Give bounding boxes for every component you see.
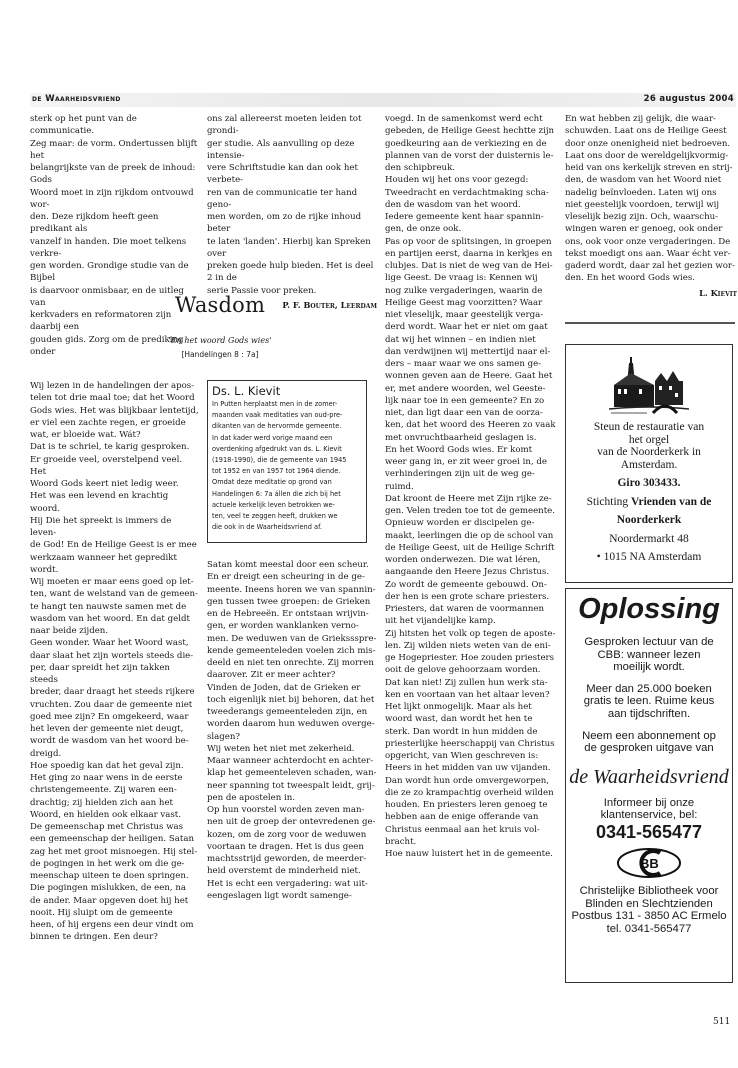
text-line: weer gang in, er zit weer groei in, de — [385, 456, 560, 468]
text-line: de ander. Maar opgeven doet hij het — [30, 895, 200, 907]
ad2-paragraph-2: Meer dan 25.000 boekengratis te leen. Ru… — [566, 683, 732, 721]
text-line: telen tot drie maal toe; dat het Woord — [30, 392, 200, 404]
text-line: hebben aan de enige offerande van — [385, 811, 560, 823]
text-line: sterk. Dan wordt in hun midden de — [385, 726, 560, 738]
text-line: ren van de communicatie ter hand geno- — [207, 187, 377, 212]
text-line: ken, dat het woord des Heeren zo vaak — [385, 419, 560, 431]
text-line: den schipbreuk. — [385, 162, 560, 174]
noorderkerk-advertisement: Steun de restauratie van het orgel van d… — [565, 344, 733, 583]
text-line: Christus eenmaal aan het kruis vol- — [385, 824, 560, 836]
text-line: toch eigenlijk niet bij behoren, dat het — [207, 694, 377, 706]
text-line: ders – maar waar we ons samen ge- — [385, 358, 560, 370]
text-line: dat wij het winnen – en indien niet — [385, 334, 560, 346]
ad2-paragraph-1: Gesproken lectuur van deCBB: wanneer lez… — [566, 636, 732, 674]
ad-line: Postbus 131 - 3850 AC Ermelo — [566, 910, 732, 923]
church-illustration-icon — [609, 355, 689, 417]
ad2-headline: Oplossing — [566, 592, 732, 626]
text-line: er viel een zachte regen, er groeide — [30, 417, 200, 429]
text-line: Iedere gemeente kent haar spannin- — [385, 211, 560, 223]
column-end-rule — [565, 322, 735, 324]
text-line: Gods wies. Het was blijkbaar lentetijd, — [30, 405, 200, 417]
text-line: Er groeide veel, overstelpend veel. Het — [30, 454, 200, 479]
text-line: Hoe nauw luistert het in de gemeente. — [385, 848, 560, 860]
text-line: daarover. Zit er meer achter? — [207, 669, 377, 681]
text-line: clubjes. Dat is niet de weg van de Hei- — [385, 260, 560, 272]
text-line: de pogingen in het werk om die ge- — [30, 858, 200, 870]
text-line: drachtig; zij hielden zich aan het — [30, 797, 200, 809]
text-line: bracht. — [385, 836, 560, 848]
text-line: dan verdwijnen wij mettertijd naar el- — [385, 346, 560, 358]
text-line: Woord Gods keert niet ledig weer. — [30, 478, 200, 490]
infobox-heading: Ds. L. Kievit — [212, 384, 362, 398]
infobox-line: (1918-1990), die de gemeente van 1945 — [212, 455, 362, 466]
text-line: Dat is te schriel, te karig gesproken. — [30, 441, 200, 453]
ad-line: Neem een abonnement op — [566, 730, 732, 743]
ad-line: Informeer bij onze — [566, 797, 732, 810]
cbb-logo-icon: BB — [616, 847, 682, 879]
text-line: te hangt ten nauwste samen met de — [30, 601, 200, 613]
ad-line: de gesproken uitgave van — [566, 742, 732, 755]
scripture-reference: [Handelingen 8 : 7a] — [100, 350, 340, 359]
text-line: nooit. Hij sluipt om de gemeente — [30, 907, 200, 919]
issue-date: 26 augustus 2004 — [644, 94, 734, 104]
text-line: En wat hebben zij gelijk, die waar- — [565, 113, 737, 125]
text-line: Dat kroont de Heere met Zijn rijke ze- — [385, 493, 560, 505]
ad1-line1: Steun de restauratie van — [566, 421, 732, 434]
text-line: goed mee zijn? En omgekeerd, waar — [30, 711, 200, 723]
text-line: verhinderingen zijn uit de weg ge- — [385, 468, 560, 480]
text-line: vere Schriftstudie kan dan ook het verbe… — [207, 162, 377, 187]
page-number: 511 — [713, 1017, 730, 1027]
text-line: tekst moedigt ons aan. Waar écht ver- — [565, 248, 737, 260]
text-line: Op hun voorstel worden zeven man- — [207, 804, 377, 816]
text-line: men. De weduwen van de Griekssspre- — [207, 633, 377, 645]
text-line: nadelig beïnvloeden. Laten wij ons — [565, 187, 737, 199]
text-line: die ze zo krampachtig overheid wilden — [385, 787, 560, 799]
text-line: den de wasdom van het woord. — [385, 199, 560, 211]
text-line: de Heilige Geest, uit de Heilige Schrift — [385, 542, 560, 554]
text-line: meente. Ineens horen we van spannin- — [207, 584, 377, 596]
text-line: ons, ook voor onze vergaderingen. De — [565, 236, 737, 248]
text-line: Woord moet in zijn rijkdom ontvouwd wor- — [30, 187, 198, 212]
text-line: pen de apostelen in. — [207, 792, 377, 804]
text-line: Die pogingen mislukken, de een, na — [30, 882, 200, 894]
text-line: dreigd. — [30, 748, 200, 760]
text-line: binnen te dringen. Een deur? — [30, 931, 200, 943]
ad-line: Blinden en Slechtzienden — [566, 898, 732, 911]
infobox-line: die ook in de Waarheidsvriend af. — [212, 522, 362, 533]
text-line: maakt, leerlingen die op de school van — [385, 530, 560, 542]
article-column-4: En wat hebben zij gelijk, die waar-schuw… — [565, 113, 737, 299]
text-line: Pas op voor de splitsingen, in groepen — [385, 236, 560, 248]
text-line: Hoe spoedig kan dat het geval zijn. — [30, 760, 200, 772]
author-infobox: Ds. L. Kievit In Putten herplaatst men i… — [207, 380, 367, 543]
infobox-line: overdenking afgedrukt van ds. L. Kievit — [212, 444, 362, 455]
infobox-line: ten, veel te zeggen heeft, drukken we — [212, 511, 362, 522]
text-line: zag het met groot misnoegen. Hij stel- — [30, 846, 200, 858]
ad-line: Christelijke Bibliotheek voor — [566, 885, 732, 898]
text-line: der hen is een grote schare priesters. — [385, 591, 560, 603]
ad1-line2: het orgel — [566, 434, 732, 447]
text-line: ten, want de welstand van de gemeen- — [30, 588, 200, 600]
stichting-prefix: Stichting — [587, 496, 629, 508]
text-line: voegd. In de samenkomst werd echt — [385, 113, 560, 125]
text-line: niet geestelijk voordoen, terwijl wij — [565, 199, 737, 211]
text-line: Geen wonder. Waar het Woord wast, — [30, 637, 200, 649]
text-line: breder, daar draagt het steeds rijkere — [30, 686, 200, 698]
article-column-3: voegd. In de samenkomst werd echtgebeden… — [385, 113, 560, 860]
ad2-phone: 0341-565477 — [566, 822, 732, 842]
text-line: wingen waren er genoeg, ook onder — [565, 223, 737, 235]
article-signature: L. Kievit — [565, 287, 737, 299]
text-line: deeld en niet ten onrechte. Zij morren — [207, 657, 377, 669]
text-line: preken goede hulp bieden. Het is deel 2 … — [207, 260, 377, 285]
text-line: kende gemeenteleden voelen zich mis- — [207, 645, 377, 657]
text-line: len. Zij wilden niets weten van de eni- — [385, 640, 560, 652]
text-line: aangaande den Heere Jezus Christus. — [385, 566, 560, 578]
text-line: worden daarom hun weduwen overge- — [207, 718, 377, 730]
ad-line: aan tijdschriften. — [566, 708, 732, 721]
text-line: Houden wij het ons voor gezegd: — [385, 174, 560, 186]
text-line: een gemeenschap der heiligen. Satan — [30, 833, 200, 845]
infobox-line: In dat kader werd vorige maand een — [212, 433, 362, 444]
text-line: ons zal allereerst moeten leiden tot gro… — [207, 113, 377, 138]
text-line: en de Hebreeën. Er ontstaan wrijvin- — [207, 608, 377, 620]
text-line: Dat kan niet! Zij zullen hun werk sta- — [385, 677, 560, 689]
text-line: schuwden. Laat ons de Heilige Geest — [565, 125, 737, 137]
text-line: Woord, en hielden ook elkaar vast. — [30, 809, 200, 821]
infobox-line: Omdat deze meditatie op grond van — [212, 477, 362, 488]
giro-number: Giro 303433. — [566, 477, 732, 490]
text-line: Dan wordt hun orde omvergeworpen, — [385, 775, 560, 787]
text-line: Vinden de Joden, dat de Grieken er — [207, 682, 377, 694]
text-line: lige Geest. De vraag is: Kennen wij — [385, 272, 560, 284]
text-line: Opnieuw worden er discipelen ge- — [385, 517, 560, 529]
text-line: heid van ons kerkelijk streven en strij- — [565, 162, 737, 174]
text-line: En het Woord Gods wies. Er komt — [385, 444, 560, 456]
stichting-name-1: Vrienden van de — [631, 496, 711, 508]
text-line: uit het vijandelijke kamp. — [385, 615, 560, 627]
text-line: kozen, om de zorg voor de weduwen — [207, 829, 377, 841]
text-line: heid overstemt de minderheid niet. — [207, 865, 377, 877]
stichting-line: Stichting Vrienden van de — [566, 496, 732, 509]
text-line: wordt de wasdom van het woord be- — [30, 735, 200, 747]
text-line: gebeden, de Heilige Geest hechtte zijn — [385, 125, 560, 137]
text-line: ger studie. Als aanvulling op deze inten… — [207, 138, 377, 163]
text-line: belangrijkste van de preek de inhoud: Go… — [30, 162, 198, 187]
infobox-line: maanden vaak meditaties van oud-pre- — [212, 410, 362, 421]
text-line: derd wordt. Waar het er niet om gaat — [385, 321, 560, 333]
text-line: neer spanning tot tweespalt leidt, grij- — [207, 780, 377, 792]
text-line: men worden, om zo de rijke inhoud beter — [207, 211, 377, 236]
text-line: naar beide zijden. — [30, 625, 200, 637]
text-line: goedkeuring aan de verkiezing en de — [385, 138, 560, 150]
text-line: den. Deze rijkdom heeft geen predikant a… — [30, 211, 198, 236]
text-line: Het was een levend en krachtig woord. — [30, 490, 200, 515]
infobox-line: In Putten herplaatst men in de zomer- — [212, 399, 362, 410]
text-line: meenschap uiteen te doen springen. — [30, 870, 200, 882]
text-line: door onze onenigheid niet bedroeven. — [565, 138, 737, 150]
text-line: De gemeenschap met Christus was — [30, 821, 200, 833]
text-line: ge Hogepriester. Hoe zouden priesters — [385, 652, 560, 664]
text-line: Maar wanneer achterdocht en achter- — [207, 755, 377, 767]
text-line: het leven der gemeente niet deugt, — [30, 723, 200, 735]
article-column-1: Wij lezen in de handelingen der apos-tel… — [30, 380, 200, 944]
text-line: eengeslagen ligt wordt samenge- — [207, 890, 377, 902]
text-line: gen. Velen treden toe tot de gemeente. — [385, 505, 560, 517]
text-line: houden. En priesters leren genoeg te — [385, 799, 560, 811]
text-line: de God! En de Heilige Geest is er mee — [30, 539, 200, 551]
text-line: gen worden. Grondige studie van de Bijbe… — [30, 260, 198, 285]
text-line: werkzaam wanneer het gepredikt — [30, 552, 200, 564]
text-line: priesterlijke heerschappij van Christus — [385, 738, 560, 750]
text-line: met onvruchtbaarheid geslagen is. — [385, 432, 560, 444]
text-line: en partijen eerst, daarna in kerkjes en — [385, 248, 560, 260]
ad2-brand: de Waarheidsvriend — [566, 765, 732, 789]
text-line: En er dreigt een scheuring in de ge- — [207, 571, 377, 583]
text-line: Het ging zo naar wens in de eerste — [30, 772, 200, 784]
text-line: vruchten. Zou daar de gemeente niet — [30, 699, 200, 711]
text-line: Zeg maar: de vorm. Ondertussen blijft he… — [30, 138, 198, 163]
text-line: wasdom van het woord. En dat geldt — [30, 613, 200, 625]
ad1-line3: van de Noorderkerk in — [566, 446, 732, 459]
infobox-line: tot 1952 en van 1957 tot 1964 diende. — [212, 466, 362, 477]
ad2-paragraph-4: Informeer bij onzeklantenservice, bel: — [566, 797, 732, 822]
street-address: Noordermarkt 48 — [566, 533, 732, 546]
text-line: ken en voortaan van het altaar leven? — [385, 689, 560, 701]
text-line: te laten 'landen'. Hierbij kan Spreken o… — [207, 236, 377, 261]
ad-line: klantenservice, bel: — [566, 809, 732, 822]
ad2-footer: Christelijke Bibliotheek voorBlinden en … — [566, 885, 732, 935]
text-line: Het lijkt onmogelijk. Maar als het — [385, 701, 560, 713]
ad-line: gratis te leen. Ruime keus — [566, 695, 732, 708]
text-line: wonnen geven aan de Heere. Gaat het — [385, 370, 560, 382]
article-title: Wasdom — [160, 293, 280, 317]
text-line: Hij Die het spreekt is immers de leven- — [30, 515, 200, 540]
text-line: Het is echt een vergadering: wat uit- — [207, 878, 377, 890]
text-line: Heers in het midden van uw vijanden. — [385, 762, 560, 774]
text-line: Wij lezen in de handelingen der apos- — [30, 380, 200, 392]
infobox-line: dikanten van de hervormde gemeente. — [212, 421, 362, 432]
text-line: per, daar spreidt het zijn takken steeds — [30, 662, 200, 687]
text-line: er, met andere woorden, wel Geeste- — [385, 383, 560, 395]
text-line: voortaan te dragen. Het is dus geen — [207, 841, 377, 853]
postal-address: • 1015 NA Amsterdam — [566, 551, 732, 564]
text-line: klap het gemeenteleven schaden, wan- — [207, 767, 377, 779]
text-line: wat, er bloeide wat. Wát? — [30, 429, 200, 441]
text-line: Zij hitsten het volk op tegen de aposte- — [385, 628, 560, 640]
text-line: tweederangs gemeenteleden zijn, en — [207, 706, 377, 718]
text-line: Zo wordt de gemeente gebouwd. On- — [385, 579, 560, 591]
infobox-body: In Putten herplaatst men in de zomer-maa… — [212, 399, 362, 533]
ad-line: tel. 0341-565477 — [566, 923, 732, 936]
text-line: Priesters, dat waren de voormannen — [385, 603, 560, 615]
text-line: Satan komt meestal door een scheur. — [207, 559, 377, 571]
publication-name: de Waarheidsvriend — [32, 94, 121, 104]
svg-text:BB: BB — [640, 856, 659, 871]
text-line: gaderd wordt, daar zal het gezien wor- — [565, 260, 737, 272]
ad-line: CBB: wanneer lezen — [566, 649, 732, 662]
text-line: gen, er worden wanklanken verno- — [207, 620, 377, 632]
text-line: niet vleselijk, maar geestelijk verga- — [385, 309, 560, 321]
infobox-line: actuele kerkelijk leven betrokken we- — [212, 500, 362, 511]
ad-line: moeilijk wordt. — [566, 661, 732, 674]
text-line: sterk op het punt van de communicatie. — [30, 113, 198, 138]
ad-line: Gesproken lectuur van de — [566, 636, 732, 649]
text-line: lijk naar toe in een gemeente? En zo — [385, 395, 560, 407]
article-column-2: Satan komt meestal door een scheur.En er… — [207, 559, 377, 902]
text-line: heen, of hij ergens een deur vindt om — [30, 919, 200, 931]
text-line: plannen van de vorst der duisternis le- — [385, 150, 560, 162]
text-line: den, de wasdom van het Woord niet — [565, 174, 737, 186]
ad1-line4: Amsterdam. — [566, 459, 732, 472]
ad2-paragraph-3: Neem een abonnement opde gesproken uitga… — [566, 730, 732, 755]
previous-article-column-1: sterk op het punt van de communicatie.Ze… — [30, 113, 198, 358]
previous-article-column-2: ons zal allereerst moeten leiden tot gro… — [207, 113, 377, 311]
running-header: de Waarheidsvriend 26 augustus 2004 — [30, 93, 736, 107]
text-line: nen uit de groep der ontevredenen ge- — [207, 816, 377, 828]
text-line: Wij weten het niet met zekerheid. — [207, 743, 377, 755]
text-line: Tweedracht en verdachtmaking scha- — [385, 187, 560, 199]
text-line: wordt. — [30, 564, 200, 576]
text-line: ooit de gelove gehoorzaam worden. — [385, 664, 560, 676]
text-line: slagen? — [207, 731, 377, 743]
text-line: ruimd. — [385, 481, 560, 493]
stichting-name-2: Noorderkerk — [566, 514, 732, 527]
text-line: Laat ons door de wereldgelijkvormig- — [565, 150, 737, 162]
text-line: gen tussen twee groepen: de Grieken — [207, 596, 377, 608]
text-line: opgericht, van Wien geschreven is: — [385, 750, 560, 762]
text-line: daar slaat het zijn wortels steeds die- — [30, 650, 200, 662]
text-line: Heilige Geest mag voorzitten? Waar — [385, 297, 560, 309]
ad-line: Meer dan 25.000 boeken — [566, 683, 732, 696]
text-line: nog zulke vergaderingen, waarin de — [385, 285, 560, 297]
text-line: woord wast, dan wordt het hen te — [385, 713, 560, 725]
text-line: vleselijk bezig zijn. Och, waarschu- — [565, 211, 737, 223]
text-line: gen, de onze ook. — [385, 223, 560, 235]
text-line: worden onderwezen. Die wat léren, — [385, 554, 560, 566]
text-line: machtsstrijd geworden, de meerder- — [207, 853, 377, 865]
text-line: christengemeente. Zij waren een- — [30, 784, 200, 796]
text-line: Wij moeten er maar eens goed op let- — [30, 576, 200, 588]
text-line: niet, dan ligt daar een van de oorza- — [385, 407, 560, 419]
article-subtitle: 'En het woord Gods wies' — [100, 336, 340, 345]
text-line: den. En het woord Gods wies. — [565, 272, 737, 284]
infobox-line: Handelingen 6: 7a állen die zich bij het — [212, 489, 362, 500]
text-line: vanzelf in handen. Die moet telkens verk… — [30, 236, 198, 261]
cbb-advertisement: Oplossing Gesproken lectuur van deCBB: w… — [565, 588, 733, 983]
